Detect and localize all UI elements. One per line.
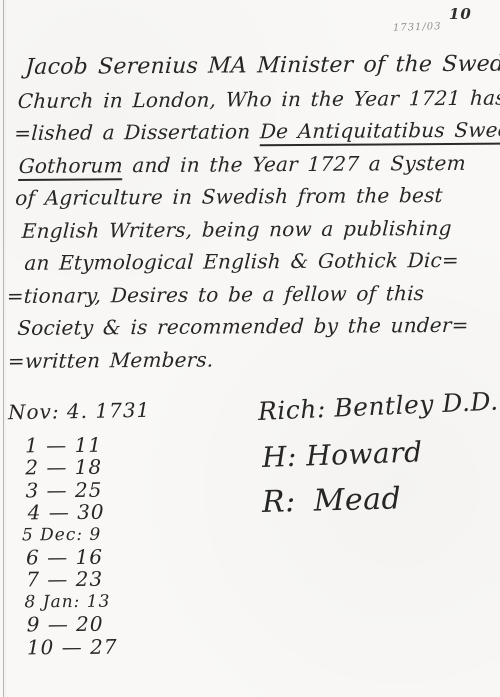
manuscript-page: 10 1731/03 Jacob Serenius MA Minister of…	[0, 0, 500, 697]
ballot-entry: 5 Dec: 9	[22, 523, 117, 546]
petition-line: =written Members.	[7, 341, 473, 377]
ballot-entry: 4 — 30	[28, 501, 117, 524]
petition-line: an Etymological English & Gothick Dic=	[24, 244, 478, 280]
petition-line: Church in London, Who in the Year 1721 h…	[17, 81, 485, 117]
ballot-entry: 6 — 16	[26, 546, 117, 569]
underlined-book-title: Gothorum	[18, 153, 123, 181]
ballot-date-heading: Nov: 4. 1731	[8, 398, 151, 424]
signature: R: Mead	[261, 474, 499, 525]
ballot-entry: 9 — 20	[27, 613, 118, 636]
ballot-entry: 7 — 23	[26, 568, 117, 591]
petition-line: =tionary, Desires to be a fellow of this	[6, 276, 476, 312]
page-number: 10	[449, 5, 472, 23]
scan-edge-line	[3, 0, 4, 697]
petition-line-text: =lished a Dissertation	[14, 119, 261, 145]
petition-line: Jacob Serenius MA Minister of the Swedis…	[25, 49, 487, 85]
underlined-book-title: De Antiquitatibus Sweo=	[259, 117, 500, 146]
petition-line: Gothorum and in the Year 1727 a System	[18, 146, 482, 182]
petition-line-text: and in the Year 1727 a System	[122, 150, 466, 176]
petition-text: Jacob Serenius MA Minister of the Swedis…	[5, 49, 486, 377]
ballot-list: 1 — 11 2 — 18 3 — 25 4 — 30 5 Dec: 9 6 —…	[25, 434, 118, 659]
petition-line: Society & is recommended by the under=	[17, 309, 475, 345]
petition-line: of Agriculture in Swedish from the best	[15, 179, 481, 215]
petition-line: =lished a Dissertation De Antiquitatibus…	[14, 114, 484, 150]
ballot-entry: 1 — 11	[25, 434, 116, 457]
signatures: Rich: Bentley D.D. H: Howard R: Mead	[258, 388, 499, 525]
ballot-entry: 8 Jan: 13	[24, 590, 117, 613]
signature: Rich: Bentley D.D.	[257, 378, 499, 435]
ballot-entry: 3 — 25	[25, 478, 116, 501]
archive-reference: 1731/03	[393, 21, 442, 34]
petition-line: English Writers, being now a publishing	[21, 211, 479, 247]
ballot-entry: 10 — 27	[27, 635, 118, 658]
signature: H: Howard	[261, 427, 499, 480]
ballot-entry: 2 — 18	[25, 456, 116, 479]
